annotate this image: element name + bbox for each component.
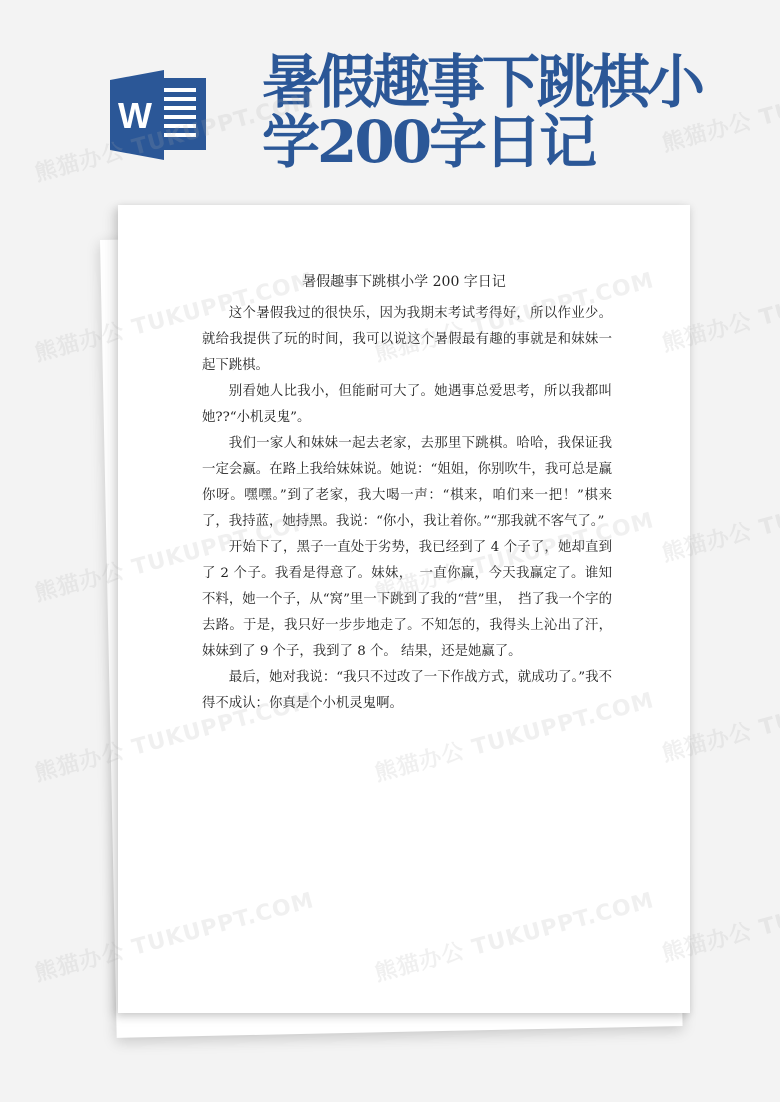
paragraph: 开始下了，黑子一直处于劣势，我已经到了 4 个子了，她却直到了 2 个子。我看是… — [202, 535, 612, 665]
paragraph: 别看她人比我小，但能耐可大了。她遇事总爱思考，所以我都叫她??“小机灵鬼”。 — [202, 379, 612, 431]
paragraph: 最后，她对我说：“我只不过改了一下作战方式，就成功了。”我不得不成认：你真是个小… — [202, 665, 612, 717]
word-icon: W — [108, 68, 208, 162]
paragraph: 我们一家人和妹妹一起去老家，去那里下跳棋。哈哈，我保证我一定会赢。在路上我给妹妹… — [202, 431, 612, 535]
banner-title: 暑假趣事下跳棋小学200字日记 — [262, 52, 732, 172]
document-page: 暑假趣事下跳棋小学 200 字日记 这个暑假我过的很快乐，因为我期末考试考得好，… — [118, 205, 690, 1013]
document-title: 暑假趣事下跳棋小学 200 字日记 — [118, 271, 690, 291]
header-banner: W 暑假趣事下跳棋小学200字日记 — [0, 0, 780, 190]
paragraph: 这个暑假我过的很快乐，因为我期末考试考得好，所以作业少。就给我提供了玩的时间，我… — [202, 301, 612, 379]
document-body: 这个暑假我过的很快乐，因为我期末考试考得好，所以作业少。就给我提供了玩的时间，我… — [202, 301, 612, 717]
svg-text:W: W — [118, 95, 152, 136]
